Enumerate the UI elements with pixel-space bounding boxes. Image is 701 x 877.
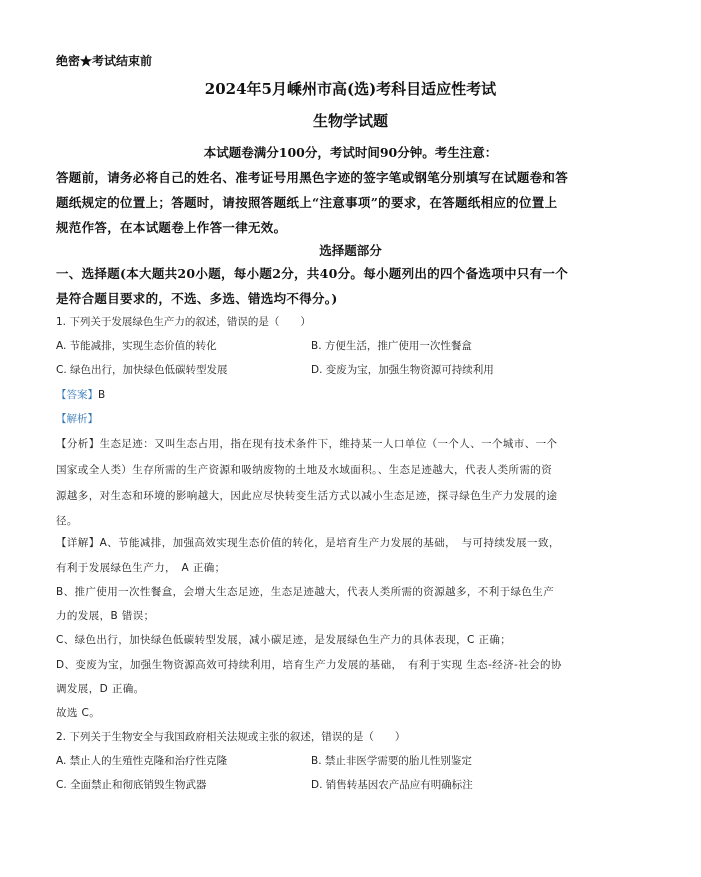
detail-line-7: 调发展，D 正确。 — [56, 681, 145, 696]
section-heading-line-1: 一、选择题(本大题共20小题，每小题2分，共40分。每小题列出的四个备选项中只有… — [56, 264, 568, 282]
question-2-stem: 2. 下列关于生物安全与我国政府相关法规或主张的叙述，错误的是（ ） — [56, 729, 405, 744]
analysis-line-2: 国家或全人类）生存所需的生产资源和吸纳废物的土地及水域面积。、生态足迹越大，代表… — [56, 462, 552, 477]
answer-label: 【答案】 — [56, 389, 98, 401]
question-1-option-a: A. 节能减排，实现生态价值的转化 — [56, 338, 217, 353]
secret-mark: 绝密★考试结束前 — [56, 52, 152, 69]
question-2-option-c: C. 全面禁止和彻底销毁生物武器 — [56, 777, 207, 792]
subject-title: 生物学试题 — [0, 110, 701, 131]
instruction-line-3: 规范作答，在本试题卷上作答一律无效。 — [56, 218, 286, 236]
analysis-line-3: 源越多，对生态和环境的影响越大，因此应尽快转变生活方式以减小生态足迹，探寻绿色生… — [56, 488, 557, 503]
section-heading-line-2: 是符合题目要求的，不选、多选、错选均不得分。) — [56, 289, 338, 307]
section-title: 选择题部分 — [0, 241, 701, 259]
detail-line-3: B、推广使用一次性餐盒，会增大生态足迹，生态足迹越大，代表人类所需的资源越多，不… — [56, 584, 554, 599]
detail-line-8: 故选 C。 — [56, 705, 100, 720]
instruction-line-2: 题纸规定的位置上；答题时，请按照答题纸上“注意事项”的要求，在答题纸相应的位置上 — [56, 193, 557, 211]
answer-line: 【答案】B — [56, 387, 105, 402]
detail-line-2: 有利于发展绿色生产力， A 正确； — [56, 560, 226, 575]
question-1-option-d: D. 变废为宝，加强生物资源可持续利用 — [311, 362, 494, 377]
detail-line-1: 【详解】A、节能减排，加强高效实现生态价值的转化，是培育生产力发展的基础， 与可… — [56, 535, 560, 550]
question-2-option-a: A. 禁止人的生殖性克隆和治疗性克隆 — [56, 753, 227, 768]
detail-line-5: C、绿色出行，加快绿色低碳转型发展，减小碳足迹，是发展绿色生产力的具体表现，C … — [56, 632, 511, 647]
detail-label: 【详解】 — [56, 537, 100, 549]
exam-page: 绝密★考试结束前 2024年5月嵊州市高(选)考科目适应性考试 生物学试题 本试… — [0, 0, 701, 877]
question-1-option-c: C. 绿色出行，加快绿色低碳转型发展 — [56, 362, 228, 377]
detail-line-4: 力的发展，B 错误； — [56, 608, 155, 623]
question-1-stem: 1. 下列关于发展绿色生产力的叙述，错误的是（ ） — [56, 314, 311, 329]
exam-title: 2024年5月嵊州市高(选)考科目适应性考试 — [0, 78, 701, 99]
question-2-option-b: B. 禁止非医学需要的胎儿性别鉴定 — [311, 753, 472, 768]
analysis-line-1: 【分析】生态足迹：又叫生态占用，指在现有技术条件下，维持某一人口单位（一个人、一… — [56, 436, 557, 451]
analysis-label: 【解析】 — [56, 411, 98, 426]
detail-line-6: D、变废为宝，加强生物资源高效可持续利用，培育生产力发展的基础， 有利于实现 生… — [56, 657, 562, 672]
instruction-line-1: 答题前，请务必将自己的姓名、准考证号用黑色字迹的签字笔或钢笔分别填写在试题卷和答 — [56, 168, 568, 186]
answer-value: B — [98, 389, 105, 401]
analysis-line-4: 径。 — [56, 513, 78, 528]
question-1-option-b: B. 方便生活，推广使用一次性餐盒 — [311, 338, 472, 353]
score-time-notice: 本试题卷满分100分，考试时间90分钟。考生注意： — [0, 143, 701, 161]
question-2-option-d: D. 销售转基因农产品应有明确标注 — [311, 777, 473, 792]
